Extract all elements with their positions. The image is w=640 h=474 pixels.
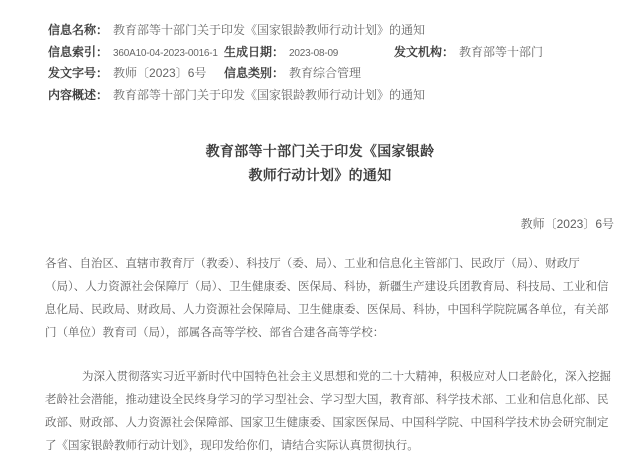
document-title-line1: 教育部等十部门关于印发《国家银龄 (0, 139, 640, 163)
meta-cell-doc-no: 发文字号： 教师〔2023〕6号 (48, 64, 224, 81)
meta-value-category: 教育综合管理 (289, 64, 361, 81)
meta-cell-category: 信息类别： 教育综合管理 (224, 64, 361, 81)
meta-value-summary: 教育部等十部门关于印发《国家银龄教师行动计划》的通知 (113, 86, 425, 103)
meta-row-index-date-agency: 信息索引： 360A10-04-2023-0016-1 生成日期： 2023-0… (48, 43, 622, 65)
meta-label-summary: 内容概述： (48, 86, 108, 103)
meta-row-name: 信息名称： 教育部等十部门关于印发《国家银龄教师行动计划》的通知 (48, 21, 622, 43)
meta-cell-index: 信息索引： 360A10-04-2023-0016-1 (48, 43, 224, 60)
meta-label-name: 信息名称： (48, 21, 108, 38)
meta-cell-agency: 发文机构： 教育部等十部门 (394, 43, 543, 60)
meta-value-doc-no: 教师〔2023〕6号 (113, 64, 206, 81)
meta-label-category: 信息类别： (224, 64, 284, 81)
document-body: 各省、自治区、直辖市教育厅（教委）、科技厅（委、局）、工业和信息化主管部门、民政… (45, 253, 615, 458)
recipients-paragraph: 各省、自治区、直辖市教育厅（教委）、科技厅（委、局）、工业和信息化主管部门、民政… (45, 253, 615, 345)
document-page: 信息名称： 教育部等十部门关于印发《国家银龄教师行动计划》的通知 信息索引： 3… (0, 0, 640, 474)
meta-label-doc-no: 发文字号： (48, 64, 108, 81)
meta-label-date: 生成日期： (224, 43, 284, 60)
meta-cell-date: 生成日期： 2023-08-09 (224, 43, 394, 60)
meta-value-index: 360A10-04-2023-0016-1 (113, 48, 218, 59)
metadata-table: 信息名称： 教育部等十部门关于印发《国家银龄教师行动计划》的通知 信息索引： 3… (48, 21, 622, 107)
meta-row-docno-category: 发文字号： 教师〔2023〕6号 信息类别： 教育综合管理 (48, 64, 622, 86)
document-number: 教师〔2023〕6号 (521, 215, 614, 232)
document-title: 教育部等十部门关于印发《国家银龄 教师行动计划》的通知 (0, 139, 640, 187)
document-title-line2: 教师行动计划》的通知 (0, 163, 640, 187)
meta-row-summary: 内容概述： 教育部等十部门关于印发《国家银龄教师行动计划》的通知 (48, 86, 622, 108)
main-paragraph: 为深入贯彻落实习近平新时代中国特色社会主义思想和党的二十大精神，积极应对人口老龄… (45, 366, 615, 458)
meta-value-name: 教育部等十部门关于印发《国家银龄教师行动计划》的通知 (113, 21, 425, 38)
meta-label-agency: 发文机构： (394, 43, 454, 60)
meta-label-index: 信息索引： (48, 43, 108, 60)
meta-value-agency: 教育部等十部门 (459, 43, 543, 60)
meta-value-date: 2023-08-09 (289, 48, 338, 59)
